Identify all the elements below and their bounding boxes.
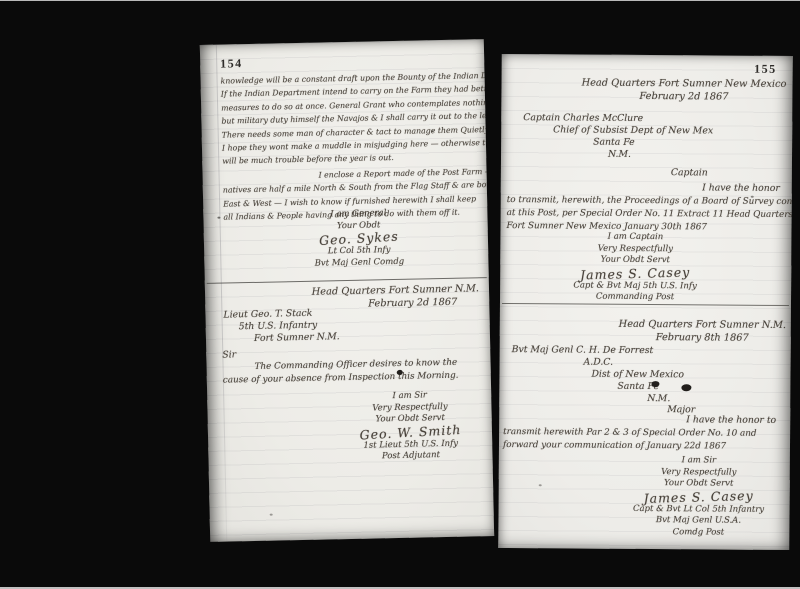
letter1-closing: I am CaptainVery RespectfullyYour Obdt S… bbox=[555, 231, 715, 304]
handwritten-line: February 2d 1867 bbox=[581, 90, 786, 104]
letter-continuation-paragraph-1: knowledge will be a constant draft upon … bbox=[220, 69, 482, 168]
letter1-salutation: Captain bbox=[671, 167, 708, 179]
handwritten-line: N.M. bbox=[511, 392, 684, 405]
page-number: 154 bbox=[220, 56, 243, 71]
handwritten-line: Commanding Post bbox=[555, 291, 715, 304]
handwritten-line: Captain Charles McClure bbox=[523, 112, 713, 125]
letter-continuation-closing: I am GeneralYour Obdt Geo. Sykes Lt Col … bbox=[283, 207, 434, 270]
handwritten-line: Comdg Post bbox=[613, 526, 783, 539]
left-page: 154 knowledge will be a constant draft u… bbox=[200, 39, 494, 542]
letter1-body-intro: I have the honor bbox=[660, 182, 780, 195]
handwritten-line: Fort Sumner N.M. bbox=[224, 331, 340, 345]
handwritten-line: Head Quarters Fort Sumner New Mexico bbox=[581, 77, 786, 91]
letter2-body-intro: I have the honor to bbox=[646, 414, 776, 427]
closing-lines: I am SirVery RespectfullyYour Obdt Servt bbox=[614, 455, 784, 491]
ink-speck bbox=[539, 484, 542, 486]
letter2-addressee: Bvt Maj Genl C. H. De ForrestA.D.C.Dist … bbox=[511, 344, 684, 405]
handwritten-line: Bvt Maj Genl Comdg bbox=[284, 256, 434, 271]
letter2-body: The Commanding Officer desires to know t… bbox=[222, 356, 477, 387]
letter1-heading: Head Quarters Fort Sumner New MexicoFebr… bbox=[581, 77, 786, 104]
ink-speck bbox=[270, 514, 273, 516]
letter-divider bbox=[502, 303, 789, 306]
letter2-body: transmit herewith Par 2 & 3 of Special O… bbox=[503, 426, 786, 454]
page-number: 155 bbox=[754, 62, 777, 77]
signer-title-lines: Capt & Bvt Lt Col 5th InfantryBvt Maj Ge… bbox=[613, 503, 783, 539]
letter1-addressee: Captain Charles McClureChief of Subsist … bbox=[523, 112, 713, 161]
handwritten-line: N.M. bbox=[523, 148, 713, 161]
right-page: 155 Head Quarters Fort Sumner New Mexico… bbox=[498, 54, 792, 550]
letter2-addressee: Lieut Geo. T. Stack5th U.S. InfantryFort… bbox=[223, 307, 339, 345]
letter2-closing: I am SirVery RespectfullyYour Obdt Servt… bbox=[342, 389, 478, 463]
letter2-salutation: Sir bbox=[222, 349, 236, 361]
signer-title-lines: Capt & Bvt Maj 5th U.S. InfyCommanding P… bbox=[555, 280, 715, 304]
handwritten-line: Head Quarters Fort Sumner N.M. bbox=[615, 318, 790, 332]
handwritten-line: February 8th 1867 bbox=[615, 331, 790, 345]
letter2-heading: Head Quarters Fort Sumner N.M.February 8… bbox=[615, 318, 790, 345]
microfilm-scan: 154 knowledge will be a constant draft u… bbox=[0, 0, 800, 589]
letter2-closing: I am SirVery RespectfullyYour Obdt Servt… bbox=[613, 455, 784, 539]
closing-lines: I am CaptainVery RespectfullyYour Obdt S… bbox=[555, 231, 715, 267]
ink-blot bbox=[681, 384, 691, 391]
ink-speck bbox=[751, 196, 754, 198]
letter1-body: to transmit, herewith, the Proceedings o… bbox=[506, 194, 786, 235]
handwritten-line: forward your communication of January 22… bbox=[503, 439, 786, 454]
scan-edge-top bbox=[0, 0, 800, 1]
handwritten-line: Bvt Maj Genl C. H. De Forrest bbox=[512, 344, 685, 357]
